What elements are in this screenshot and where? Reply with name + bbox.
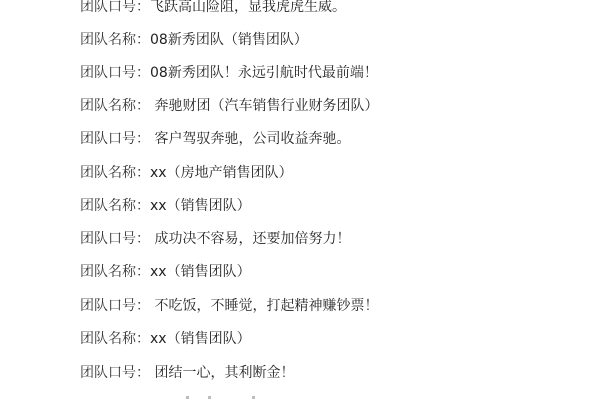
slogan-line: 团队口号： 成功决不容易，还要加倍努力！ [80, 230, 350, 248]
line-value: 团结一心，其利断金！ [150, 365, 294, 381]
line-label: 团队口号： [80, 131, 150, 147]
team-name-line: 团队名称：xx（房地产销售团队） [80, 164, 293, 182]
line-label: 团队口号： [80, 365, 150, 381]
cut-off-next-line [0, 396, 600, 400]
line-label: 团队名称： [80, 198, 150, 214]
slogan-line: 团队口号： 团结一心，其利断金！ [80, 364, 294, 382]
line-label: 团队名称： [80, 32, 150, 48]
line-value: 奔驰财团（汽车销售行业财务团队） [150, 98, 378, 114]
line-label: 团队口号： [80, 231, 150, 247]
line-label: 团队名称： [80, 165, 150, 181]
line-value: 客户驾驭奔驰，公司收益奔驰。 [150, 131, 350, 147]
line-value: 不吃饭，不睡觉，打起精神赚钞票！ [150, 298, 378, 314]
line-label: 团队名称： [80, 98, 150, 114]
team-name-line: 团队名称：xx（销售团队） [80, 197, 251, 215]
line-value: 成功决不容易，还要加倍努力！ [150, 231, 350, 247]
line-label: 团队口号： [80, 0, 150, 15]
line-label: 团队口号： [80, 65, 150, 81]
slogan-line: 团队口号： 客户驾驭奔驰，公司收益奔驰。 [80, 130, 350, 148]
line-value: xx（销售团队） [150, 264, 251, 280]
line-value: xx（销售团队） [150, 331, 251, 347]
team-name-line: 团队名称：xx（销售团队） [80, 330, 251, 348]
line-label: 团队名称： [80, 264, 150, 280]
team-name-line: 团队名称： 奔驰财团（汽车销售行业财务团队） [80, 97, 378, 115]
document-page: 团队口号：飞跃高山险阻，显我虎虎生威。 团队名称：08新秀团队（销售团队） 团队… [0, 0, 600, 400]
line-value: xx（销售团队） [150, 198, 251, 214]
slogan-line: 团队口号：08新秀团队！永远引航时代最前端！ [80, 64, 378, 82]
line-value: xx（房地产销售团队） [150, 165, 293, 181]
team-name-line: 团队名称：xx（销售团队） [80, 263, 251, 281]
line-value: 08新秀团队！永远引航时代最前端！ [150, 65, 378, 81]
line-label: 团队名称： [80, 331, 150, 347]
team-name-line: 团队名称：08新秀团队（销售团队） [80, 31, 308, 49]
slogan-line: 团队口号： 不吃饭，不睡觉，打起精神赚钞票！ [80, 297, 378, 315]
line-value: 08新秀团队（销售团队） [150, 32, 308, 48]
slogan-line: 团队口号：飞跃高山险阻，显我虎虎生威。 [80, 0, 346, 16]
line-value: 飞跃高山险阻，显我虎虎生威。 [150, 0, 346, 15]
line-label: 团队口号： [80, 298, 150, 314]
